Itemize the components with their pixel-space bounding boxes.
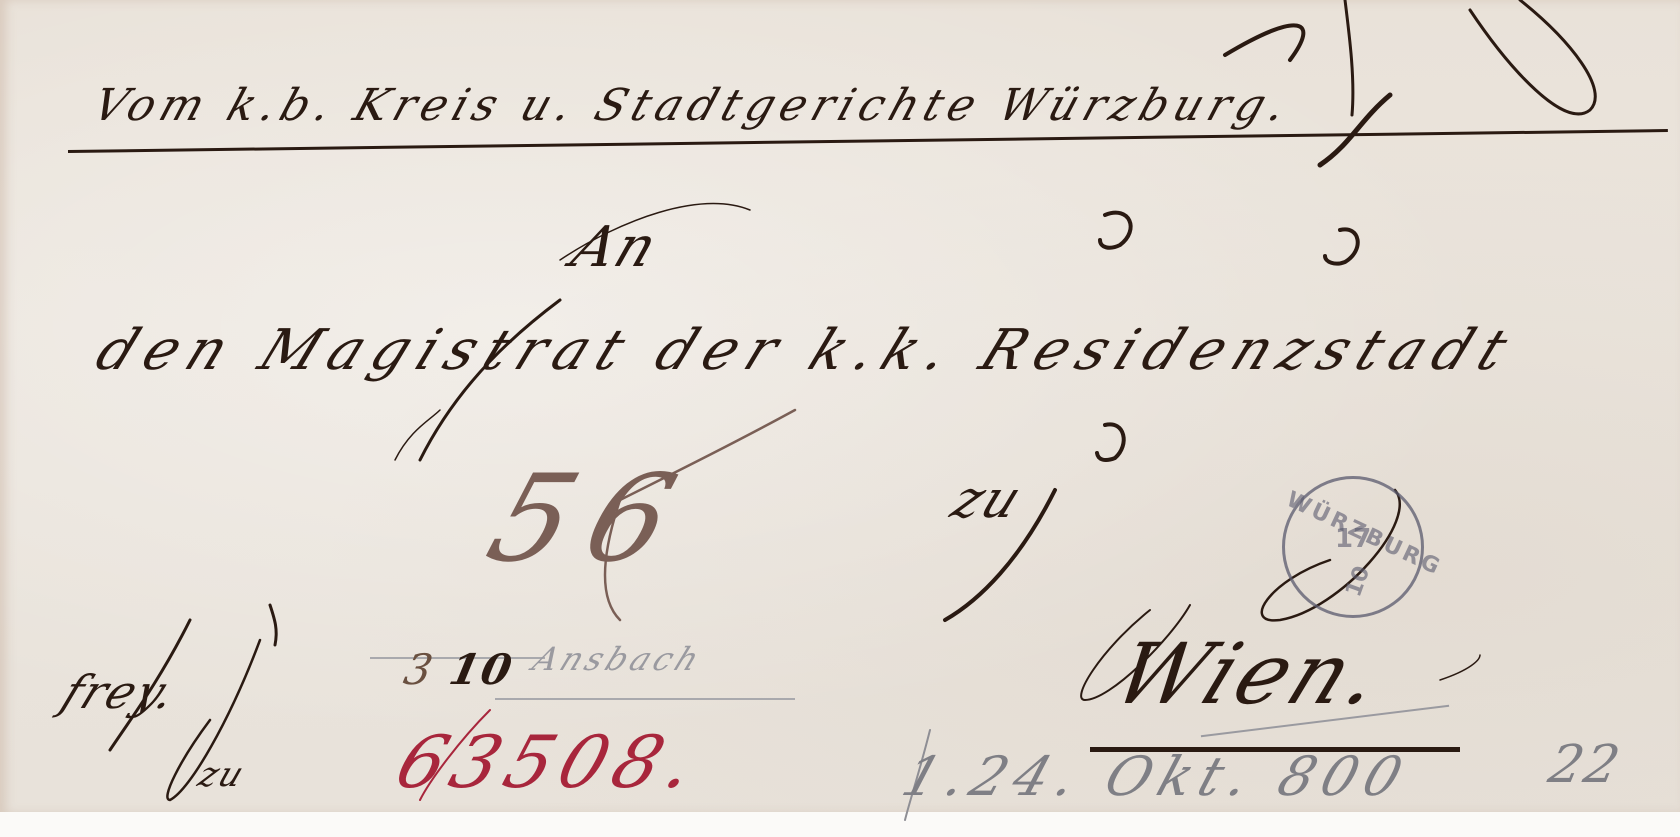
pencil-receipt-date: 1.24. Okt. 800	[895, 745, 1418, 808]
postmark-day: 17	[1335, 524, 1371, 554]
pencil-docket-number: 22	[1544, 735, 1627, 795]
destination-city: Wien.	[1100, 625, 1402, 723]
addressee-line: den Magistrat der k.k. Residenzstadt	[87, 318, 1527, 383]
pencil-place-note: Ansbach	[527, 640, 709, 678]
pencil-underline	[495, 698, 795, 700]
franco-note: frey.	[54, 665, 187, 719]
scan-bottom-edge	[0, 812, 1680, 837]
rate-value: 10	[445, 645, 518, 694]
rate-note: 3 10	[400, 645, 518, 694]
postmark-month: 10	[1341, 563, 1375, 600]
sender-line: Vom k.b. Kreis u. Stadtgerichte Würzburg…	[87, 80, 1299, 131]
postmark-stamp: WÜRZBURG 17 10	[1282, 476, 1424, 618]
registration-number: 63508.	[386, 720, 713, 804]
